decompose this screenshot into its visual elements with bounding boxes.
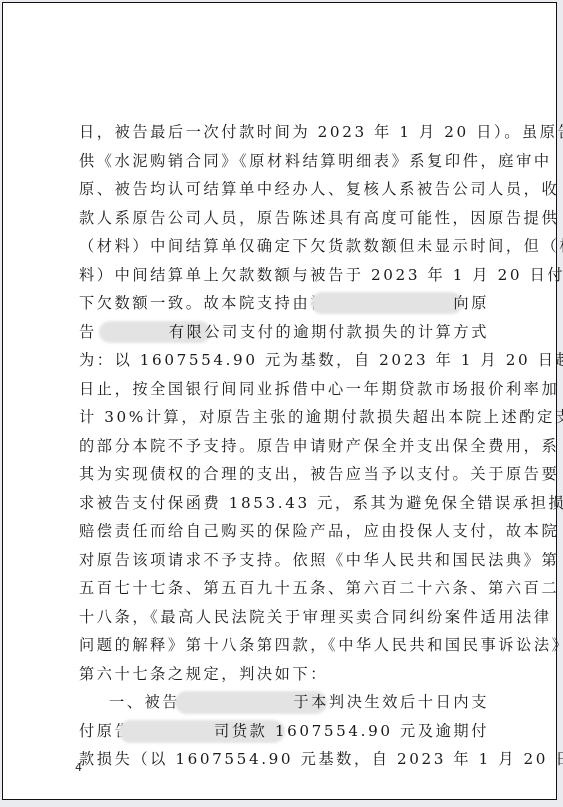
text-line: 款损失（以 1607554.90 元基数，自 2023 年 1 月 20 日起至… — [79, 745, 489, 774]
text-fragment: 告 — [79, 323, 97, 341]
text-fragment: 下欠数额一致。故本院支持由被告 — [79, 294, 346, 312]
text-line: （材料）中间结算单仅确定下欠货款数额但未显示时间，但（材 — [79, 232, 489, 261]
text-fragment: 于本判决生效后十日内支 — [293, 688, 489, 717]
text-line: 其为实现债权的合理的支出，被告应当予以支付。关于原告要 — [79, 460, 489, 489]
text-line: 十八条，《最高人民法院关于审理买卖合同纠纷案件适用法律 — [79, 603, 489, 632]
text-fragment: 向原 — [453, 289, 489, 318]
text-line: 对原告该项请求不予支持。依照《中华人民共和国民法典》第 — [79, 546, 489, 575]
text-line: 五百七十七条、第五百九十五条、第六百二十六条、第六百二 — [79, 574, 489, 603]
text-line-with-redaction: 一、被告 于本判决生效后十日内支 — [79, 688, 489, 717]
text-line: 赔偿责任而给自己购买的保险产品，应由投保人支付，故本院 — [79, 517, 489, 546]
text-line: 计 30%计算，对原告主张的逾期付款损失超出本院上述酌定支持 — [79, 403, 489, 432]
text-line: 供《水泥购销合同》《原材料结算明细表》系复印件，庭审中 — [79, 147, 489, 176]
judgment-body-text: 日，被告最后一次付款时间为 2023 年 1 月 20 日）。虽原告提 供《水泥… — [79, 118, 489, 774]
text-fragment: 一、被告 — [109, 693, 180, 711]
text-line: 日止，按全国银行间同业拆借中心一年期贷款市场报价利率加 — [79, 375, 489, 404]
redaction-blur — [311, 292, 463, 314]
page-number: 4 — [75, 761, 82, 774]
text-line: 原、被告均认可结算单中经办人、复核人系被告公司人员，收 — [79, 175, 489, 204]
text-line-with-redaction: 告 有限公司支付的逾期付款损失的计算方式 — [79, 318, 489, 347]
text-line: 料）中间结算单上欠款数额与被告于 2023 年 1 月 20 日付款后 — [79, 261, 489, 290]
text-fragment: 有限公司支付的逾期付款损失的计算方式 — [169, 318, 489, 347]
document-page: 日，被告最后一次付款时间为 2023 年 1 月 20 日）。虽原告提 供《水泥… — [2, 2, 557, 800]
text-line: 求被告支付保函费 1853.43 元，系其为避免保全错误承担损害 — [79, 489, 489, 518]
text-line: 为：以 1607554.90 元为基数，自 2023 年 1 月 20 日起至偿… — [79, 346, 489, 375]
text-line-with-redaction: 付原告 司货款 1607554.90 元及逾期付 — [79, 717, 489, 746]
text-line: 日，被告最后一次付款时间为 2023 年 1 月 20 日）。虽原告提 — [79, 118, 489, 147]
text-line: 问题的解释》第十八条第四款，《中华人民共和国民事诉讼法》 — [79, 631, 489, 660]
text-fragment: 司货款 1607554.90 元及逾期付 — [214, 717, 489, 746]
text-line: 的部分本院不予支持。原告申请财产保全并支出保全费用，系 — [79, 432, 489, 461]
text-line: 第六十七条之规定，判决如下： — [79, 660, 489, 689]
text-line: 款人系原告公司人员，原告陈述具有高度可能性，因原告提供 — [79, 204, 489, 233]
text-line-with-redaction: 下欠数额一致。故本院支持由被告 向原 — [79, 289, 489, 318]
